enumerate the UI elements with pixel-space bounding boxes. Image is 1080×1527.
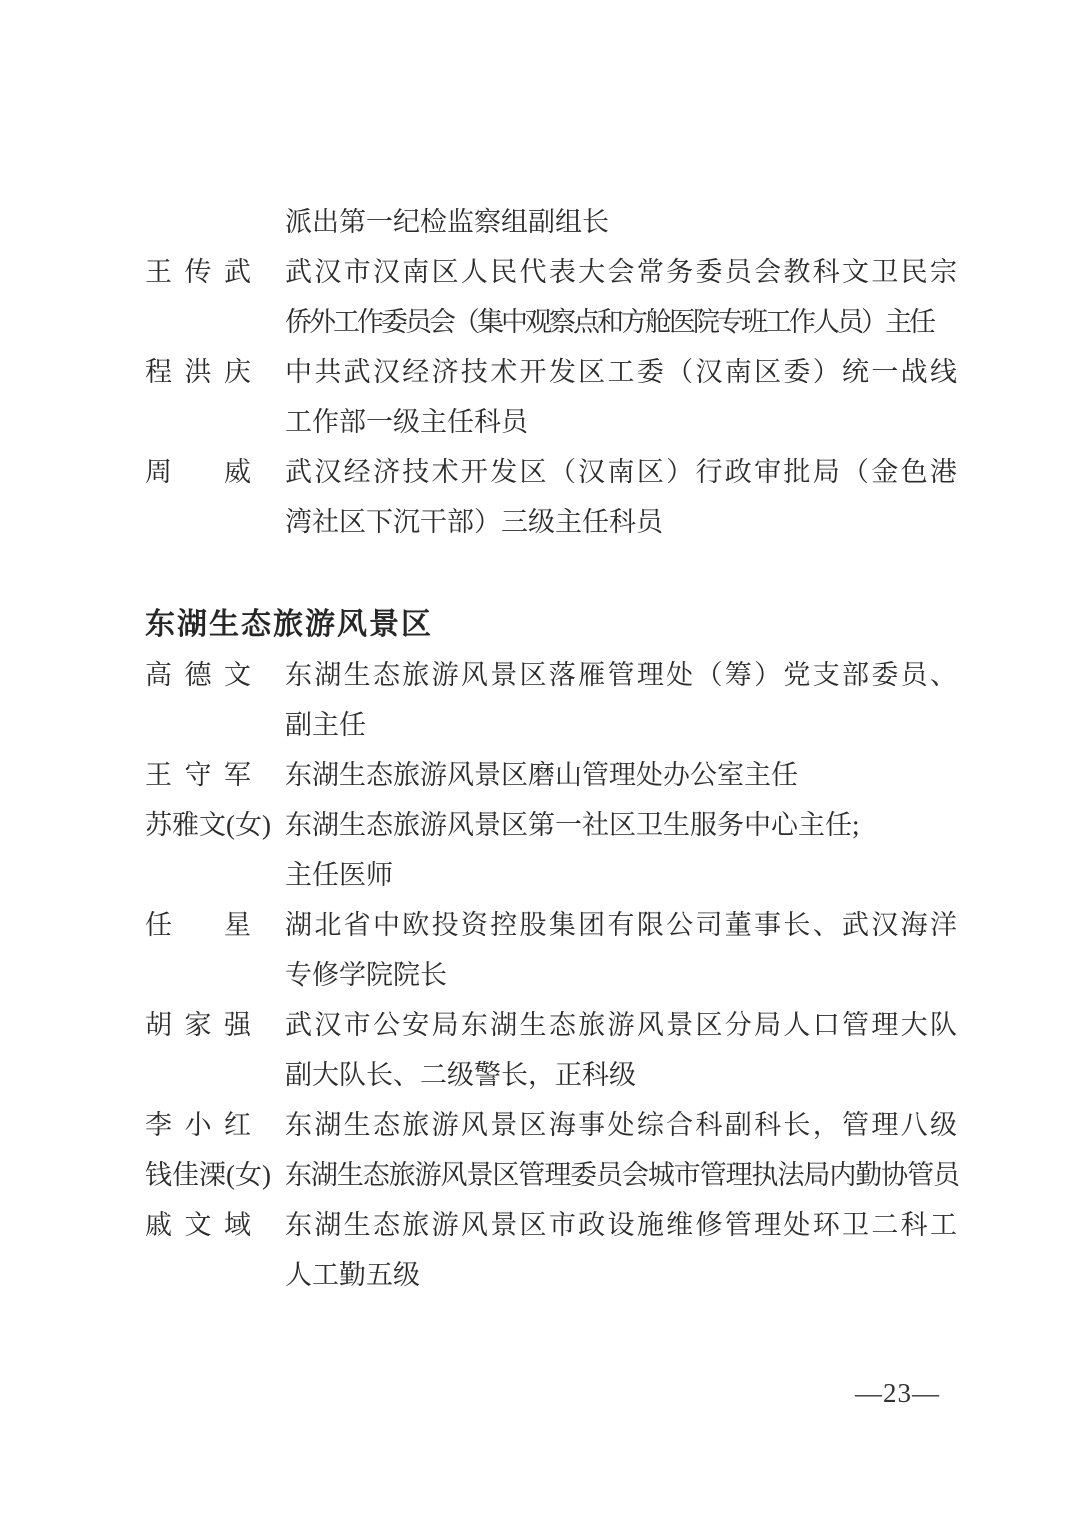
description-line: 湾社区下沉干部）三级主任科员 [285, 497, 957, 547]
description-line: 东湖生态旅游风景区海事处综合科副科长，管理八级 [285, 1100, 957, 1150]
entry-name-text: 钱佳溧(女) [145, 1160, 271, 1190]
description-line: 东湖生态旅游风景区第一社区卫生服务中心主任; [285, 800, 957, 850]
entry-row: 钱佳溧(女) 东湖生态旅游风景区管理委员会城市管理执法局内勤协管员 [145, 1150, 957, 1200]
description-line: 人工勤五级 [285, 1250, 957, 1300]
entry-name-text: 李小红 [145, 1100, 251, 1150]
description-line: 中共武汉经济技术开发区工委（汉南区委）统一战线 [285, 347, 957, 397]
document-page: 派出第一纪检监察组副组长 王传武 武汉市汉南区人民代表大会常务委员会教科文卫民宗… [0, 0, 1080, 1527]
entry-name-text: 苏雅文(女) [145, 810, 271, 840]
description-line: 侨外工作委员会（集中观察点和方舱医院专班工作人员）主任 [285, 297, 957, 347]
entry-row: 程洪庆 中共武汉经济技术开发区工委（汉南区委）统一战线 工作部一级主任科员 [145, 347, 957, 447]
section-heading: 东湖生态旅游风景区 [145, 600, 957, 650]
entry-name-text: 程洪庆 [145, 347, 251, 397]
entry-name-text: 王传武 [145, 247, 251, 297]
entry-name: 王守军 [145, 750, 285, 800]
description-line: 东湖生态旅游风景区市政设施维修管理处环卫二科工 [285, 1200, 957, 1250]
description-line: 主任医师 [285, 850, 957, 900]
entry-description: 东湖生态旅游风景区落雁管理处（筹）党支部委员、 副主任 [285, 650, 957, 750]
entry-name: 李小红 [145, 1100, 285, 1150]
entry-description: 武汉市公安局东湖生态旅游风景区分局人口管理大队 副大队长、二级警长，正科级 [285, 1000, 957, 1100]
entry-row: 高德文 东湖生态旅游风景区落雁管理处（筹）党支部委员、 副主任 [145, 650, 957, 750]
entry-name: 程洪庆 [145, 347, 285, 397]
entry-row: 戚文域 东湖生态旅游风景区市政设施维修管理处环卫二科工 人工勤五级 [145, 1200, 957, 1300]
description-line: 工作部一级主任科员 [285, 397, 957, 447]
entry-description: 东湖生态旅游风景区第一社区卫生服务中心主任; 主任医师 [285, 800, 957, 900]
entry-name-text: 戚文域 [145, 1200, 251, 1250]
entry-description: 武汉市汉南区人民代表大会常务委员会教科文卫民宗 侨外工作委员会（集中观察点和方舱… [285, 247, 957, 347]
description-line: 专修学院院长 [285, 950, 957, 1000]
entry-name: 苏雅文(女) [145, 800, 285, 850]
entry-name: 戚文域 [145, 1200, 285, 1250]
description-line: 派出第一纪检监察组副组长 [285, 197, 957, 247]
description-line: 东湖生态旅游风景区管理委员会城市管理执法局内勤协管员 [285, 1150, 957, 1200]
entry-row: 王守军 东湖生态旅游风景区磨山管理处办公室主任 [145, 750, 957, 800]
entry-name: 王传武 [145, 247, 285, 297]
description-line: 东湖生态旅游风景区落雁管理处（筹）党支部委员、 [285, 650, 957, 700]
document-content: 派出第一纪检监察组副组长 王传武 武汉市汉南区人民代表大会常务委员会教科文卫民宗… [145, 197, 957, 1300]
entry-name: 任 星 [145, 900, 285, 950]
description-line: 副大队长、二级警长，正科级 [285, 1050, 957, 1100]
entry-description: 武汉经济技术开发区（汉南区）行政审批局（金色港 湾社区下沉干部）三级主任科员 [285, 447, 957, 547]
entry-description: 东湖生态旅游风景区管理委员会城市管理执法局内勤协管员 [285, 1150, 957, 1200]
entry-name-text: 周 威 [145, 447, 251, 497]
entry-description: 中共武汉经济技术开发区工委（汉南区委）统一战线 工作部一级主任科员 [285, 347, 957, 447]
entry-description: 东湖生态旅游风景区磨山管理处办公室主任 [285, 750, 957, 800]
entry-row: 李小红 东湖生态旅游风景区海事处综合科副科长，管理八级 [145, 1100, 957, 1150]
entry-name: 高德文 [145, 650, 285, 700]
description-line: 东湖生态旅游风景区磨山管理处办公室主任 [285, 750, 957, 800]
entry-name-text: 任 星 [145, 900, 251, 950]
description-line: 副主任 [285, 700, 957, 750]
entry-description: 东湖生态旅游风景区海事处综合科副科长，管理八级 [285, 1100, 957, 1150]
entry-description: 湖北省中欧投资控股集团有限公司董事长、武汉海洋 专修学院院长 [285, 900, 957, 1000]
entry-name: 周 威 [145, 447, 285, 497]
entry-description: 派出第一纪检监察组副组长 [285, 197, 957, 247]
entry-row: 周 威 武汉经济技术开发区（汉南区）行政审批局（金色港 湾社区下沉干部）三级主任… [145, 447, 957, 547]
entry-description: 东湖生态旅游风景区市政设施维修管理处环卫二科工 人工勤五级 [285, 1200, 957, 1300]
description-line: 武汉市汉南区人民代表大会常务委员会教科文卫民宗 [285, 247, 957, 297]
entry-name: 胡家强 [145, 1000, 285, 1050]
entry-row: 胡家强 武汉市公安局东湖生态旅游风景区分局人口管理大队 副大队长、二级警长，正科… [145, 1000, 957, 1100]
entry-row: 任 星 湖北省中欧投资控股集团有限公司董事长、武汉海洋 专修学院院长 [145, 900, 957, 1000]
entry-row: 派出第一纪检监察组副组长 [145, 197, 957, 247]
description-line: 湖北省中欧投资控股集团有限公司董事长、武汉海洋 [285, 900, 957, 950]
entry-name-text: 胡家强 [145, 1000, 251, 1050]
page-number: —23— [855, 1378, 940, 1408]
entry-name-text: 王守军 [145, 750, 251, 800]
entry-name: 钱佳溧(女) [145, 1150, 285, 1200]
description-line: 武汉经济技术开发区（汉南区）行政审批局（金色港 [285, 447, 957, 497]
entry-name-text: 高德文 [145, 650, 251, 700]
entry-row: 王传武 武汉市汉南区人民代表大会常务委员会教科文卫民宗 侨外工作委员会（集中观察… [145, 247, 957, 347]
description-line: 武汉市公安局东湖生态旅游风景区分局人口管理大队 [285, 1000, 957, 1050]
entry-row: 苏雅文(女) 东湖生态旅游风景区第一社区卫生服务中心主任; 主任医师 [145, 800, 957, 900]
